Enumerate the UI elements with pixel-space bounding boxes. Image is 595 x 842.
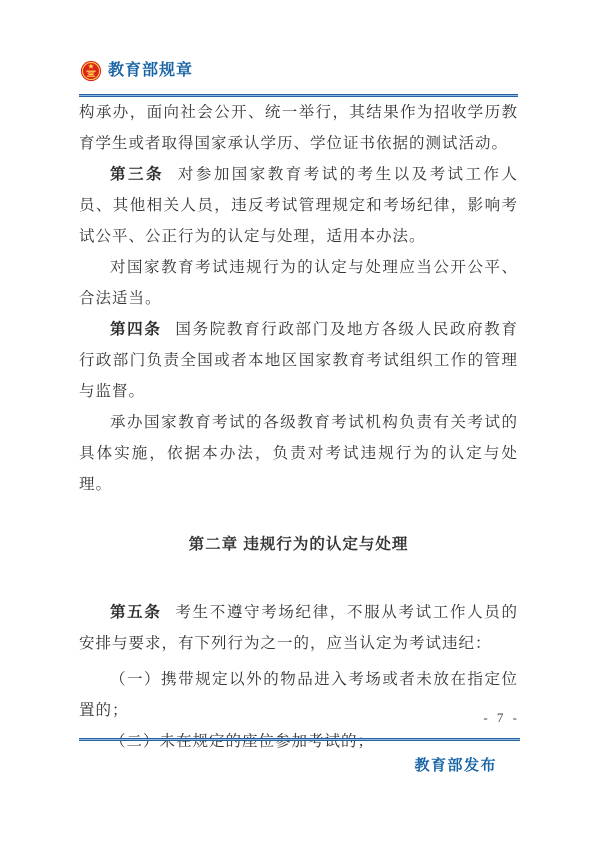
body-paragraph: 第三条对参加国家教育考试的考生以及考试工作人员、其他相关人员，违反考试管理规定和… — [79, 159, 518, 252]
body-paragraph: 承办国家教育考试的各级教育考试机构负责有关考试的具体实施，依据本办法，负责对考试… — [79, 407, 518, 500]
footer-rule — [79, 738, 520, 741]
document-header: 教育部规章 — [80, 60, 193, 82]
body-paragraph: 第四条国务院教育行政部门及地方各级人民政府教育行政部门负责全国或者本地区国家教育… — [79, 314, 518, 407]
footer-page-number: - 7 - — [483, 710, 520, 726]
body-paragraph: 第五条考生不遵守考场纪律，不服从考试工作人员的安排与要求，有下列行为之一的，应当… — [79, 597, 518, 659]
body-paragraph: 对国家教育考试违规行为的认定与处理应当公开公平、合法适当。 — [79, 252, 518, 314]
article-number: 第三条 — [110, 166, 164, 183]
paragraph-text: 构承办，面向社会公开、统一举行，其结果作为招收学历教育学生或者取得国家承认学历、… — [79, 104, 518, 152]
national-emblem-icon — [80, 60, 102, 82]
body-paragraph: （一）携带规定以外的物品进入考场或者未放在指定位置的； — [79, 664, 518, 726]
header-title: 教育部规章 — [108, 60, 193, 82]
article-number: 第五条 — [110, 604, 161, 621]
document-body: 构承办，面向社会公开、统一举行，其结果作为招收学历教育学生或者取得国家承认学历、… — [79, 97, 518, 757]
paragraph-text: 承办国家教育考试的各级教育考试机构负责有关考试的具体实施，依据本办法，负责对考试… — [79, 414, 518, 493]
chapter-heading: 第二章 违规行为的认定与处理 — [79, 529, 518, 560]
document-page: 教育部规章 构承办，面向社会公开、统一举行，其结果作为招收学历教育学生或者取得国… — [0, 0, 595, 842]
article-number: 第四条 — [110, 321, 161, 338]
body-paragraph: （二）未在规定的座位参加考试的； — [79, 726, 518, 757]
paragraph-text: （一）携带规定以外的物品进入考场或者未放在指定位置的； — [79, 671, 518, 719]
publisher-label: 教育部发布 — [414, 754, 497, 775]
paragraph-text: （二）未在规定的座位参加考试的； — [110, 733, 374, 750]
body-paragraph: 构承办，面向社会公开、统一举行，其结果作为招收学历教育学生或者取得国家承认学历、… — [79, 97, 518, 159]
paragraph-text: 对国家教育考试违规行为的认定与处理应当公开公平、合法适当。 — [79, 259, 518, 307]
